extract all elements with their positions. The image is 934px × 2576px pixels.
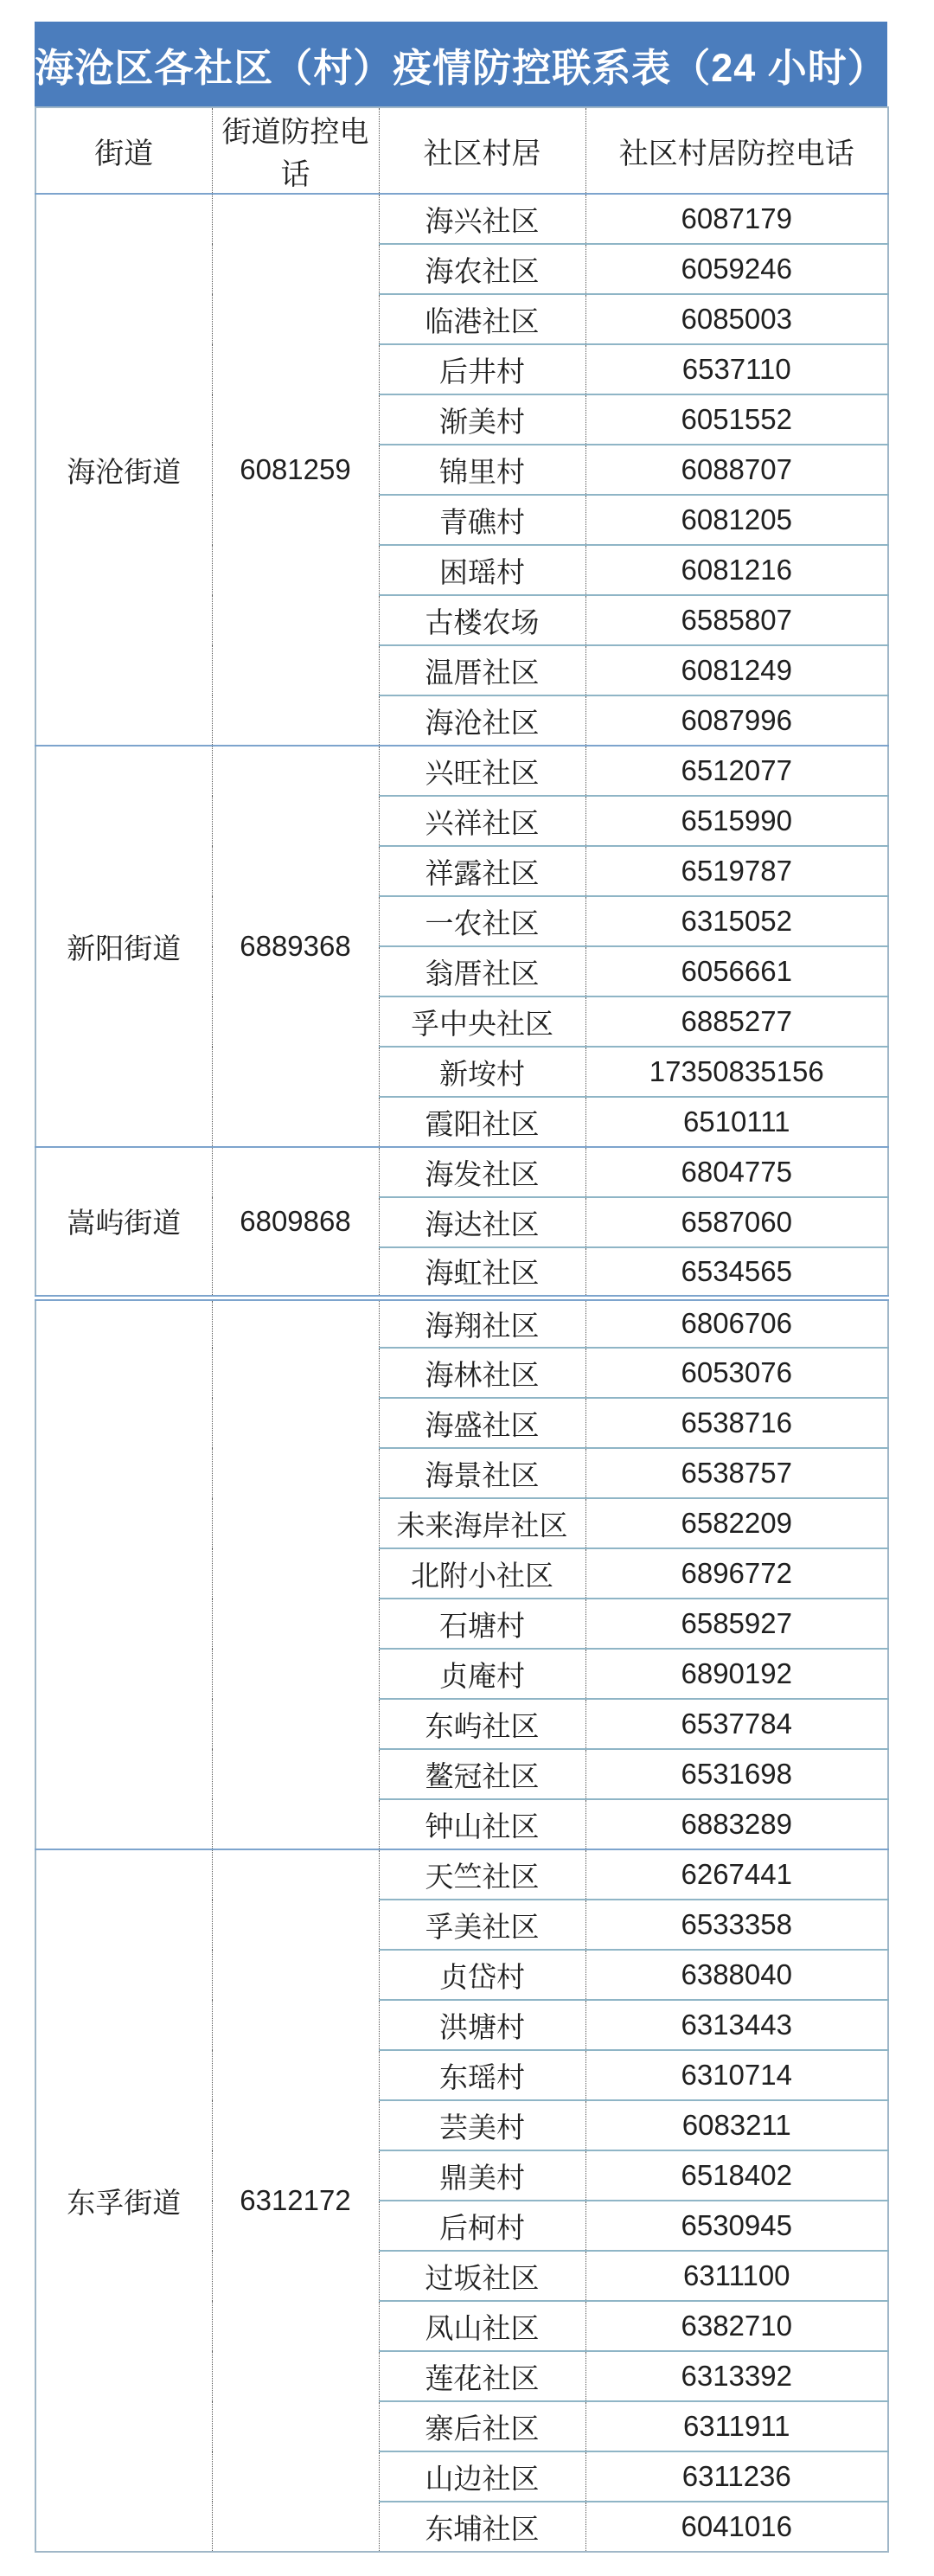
street-cell: 东孚街道	[35, 1849, 212, 2552]
community-phone-cell: 6896772	[585, 1548, 888, 1599]
community-cell: 寨后社区	[379, 2401, 585, 2451]
community-phone-cell: 6041016	[585, 2502, 888, 2552]
contact-sheet: 海沧区各社区（村）疫情防控联系表（24 小时） 街道 街道防控电话 社区村居 社…	[35, 22, 887, 2553]
community-cell: 海农社区	[379, 244, 585, 294]
community-phone-cell: 6088707	[585, 445, 888, 495]
community-phone-cell: 6806706	[585, 1298, 888, 1348]
street-cell: 海沧街道	[35, 194, 212, 746]
community-cell: 翁厝社区	[379, 946, 585, 996]
page-title: 海沧区各社区（村）疫情防控联系表（24 小时）	[35, 22, 887, 106]
community-phone-cell: 6515990	[585, 796, 888, 846]
community-cell: 古楼农场	[379, 595, 585, 645]
table-body: 海沧街道6081259海兴社区6087179海农社区6059246临港社区608…	[35, 194, 888, 2552]
header-row: 街道 街道防控电话 社区村居 社区村居防控电话	[35, 107, 888, 194]
community-phone-cell: 6537784	[585, 1699, 888, 1749]
community-cell: 石塘村	[379, 1599, 585, 1649]
community-phone-cell: 6538716	[585, 1398, 888, 1448]
community-cell: 兴旺社区	[379, 746, 585, 796]
header-community-phone: 社区村居防控电话	[585, 107, 888, 194]
community-phone-cell: 6885277	[585, 996, 888, 1047]
community-cell: 贞岱村	[379, 1950, 585, 2000]
table-row: 嵩屿街道6809868海发社区6804775	[35, 1147, 888, 1197]
community-cell: 海兴社区	[379, 194, 585, 244]
community-cell: 一农社区	[379, 896, 585, 946]
community-phone-cell: 6310714	[585, 2050, 888, 2100]
community-cell: 山边社区	[379, 2451, 585, 2502]
community-phone-cell: 6530945	[585, 2201, 888, 2251]
community-cell: 海景社区	[379, 1448, 585, 1498]
community-phone-cell: 6585927	[585, 1599, 888, 1649]
page: { "title": "海沧区各社区（村）疫情防控联系表（24 小时）", "c…	[0, 0, 934, 2576]
community-cell: 东瑶村	[379, 2050, 585, 2100]
community-cell: 海达社区	[379, 1197, 585, 1247]
community-phone-cell: 6081205	[585, 495, 888, 545]
table-row: 海翔社区6806706	[35, 1298, 888, 1348]
community-phone-cell: 6510111	[585, 1097, 888, 1147]
community-cell: 海翔社区	[379, 1298, 585, 1348]
community-phone-cell: 6883289	[585, 1799, 888, 1849]
community-phone-cell: 6512077	[585, 746, 888, 796]
street-phone-cell	[212, 1298, 379, 1849]
community-cell: 鳌冠社区	[379, 1749, 585, 1799]
community-cell: 东埔社区	[379, 2502, 585, 2552]
community-cell: 锦里村	[379, 445, 585, 495]
community-cell: 海盛社区	[379, 1398, 585, 1448]
community-cell: 孚美社区	[379, 1900, 585, 1950]
community-phone-cell: 6081216	[585, 545, 888, 595]
community-cell: 海虹社区	[379, 1247, 585, 1298]
header-street-phone: 街道防控电话	[212, 107, 379, 194]
community-cell: 温厝社区	[379, 645, 585, 695]
community-phone-cell: 6518402	[585, 2150, 888, 2201]
community-cell: 钟山社区	[379, 1799, 585, 1849]
community-phone-cell: 6519787	[585, 846, 888, 896]
community-cell: 海沧社区	[379, 695, 585, 746]
community-phone-cell: 6053076	[585, 1348, 888, 1398]
community-phone-cell: 6059246	[585, 244, 888, 294]
community-phone-cell: 6534565	[585, 1247, 888, 1298]
community-cell: 后井村	[379, 344, 585, 394]
community-cell: 孚中央社区	[379, 996, 585, 1047]
community-phone-cell: 6083211	[585, 2100, 888, 2150]
community-cell: 鼎美村	[379, 2150, 585, 2201]
table-row: 东孚街道6312172天竺社区6267441	[35, 1849, 888, 1900]
community-cell: 海发社区	[379, 1147, 585, 1197]
community-phone-cell: 6538757	[585, 1448, 888, 1498]
street-cell	[35, 1298, 212, 1849]
street-phone-cell: 6312172	[212, 1849, 379, 2552]
community-phone-cell: 6313443	[585, 2000, 888, 2050]
contact-table: 街道 街道防控电话 社区村居 社区村居防控电话 海沧街道6081259海兴社区6…	[35, 106, 889, 2553]
community-phone-cell: 6537110	[585, 344, 888, 394]
community-cell: 临港社区	[379, 294, 585, 344]
community-phone-cell: 6313392	[585, 2351, 888, 2401]
community-cell: 霞阳社区	[379, 1097, 585, 1147]
community-cell: 莲花社区	[379, 2351, 585, 2401]
header-community: 社区村居	[379, 107, 585, 194]
community-cell: 渐美村	[379, 394, 585, 445]
community-cell: 洪塘村	[379, 2000, 585, 2050]
community-cell: 青礁村	[379, 495, 585, 545]
community-phone-cell: 6585807	[585, 595, 888, 645]
community-phone-cell: 6267441	[585, 1849, 888, 1900]
street-cell: 嵩屿街道	[35, 1147, 212, 1298]
header-street: 街道	[35, 107, 212, 194]
community-cell: 天竺社区	[379, 1849, 585, 1900]
community-phone-cell: 6388040	[585, 1950, 888, 2000]
community-phone-cell: 6056661	[585, 946, 888, 996]
community-phone-cell: 6804775	[585, 1147, 888, 1197]
community-phone-cell: 6311100	[585, 2251, 888, 2301]
community-phone-cell: 6087996	[585, 695, 888, 746]
community-phone-cell: 6531698	[585, 1749, 888, 1799]
community-phone-cell: 6315052	[585, 896, 888, 946]
community-phone-cell: 6051552	[585, 394, 888, 445]
community-cell: 未来海岸社区	[379, 1498, 585, 1548]
table-row: 海沧街道6081259海兴社区6087179	[35, 194, 888, 244]
community-phone-cell: 6533358	[585, 1900, 888, 1950]
community-phone-cell: 6311911	[585, 2401, 888, 2451]
street-phone-cell: 6809868	[212, 1147, 379, 1298]
community-cell: 祥露社区	[379, 846, 585, 896]
street-phone-cell: 6081259	[212, 194, 379, 746]
community-cell: 东屿社区	[379, 1699, 585, 1749]
street-cell: 新阳街道	[35, 746, 212, 1147]
community-phone-cell: 6085003	[585, 294, 888, 344]
community-cell: 芸美村	[379, 2100, 585, 2150]
community-cell: 贞庵村	[379, 1649, 585, 1699]
community-cell: 过坂社区	[379, 2251, 585, 2301]
community-cell: 北附小社区	[379, 1548, 585, 1599]
community-cell: 海林社区	[379, 1348, 585, 1398]
community-phone-cell: 6081249	[585, 645, 888, 695]
table-header: 街道 街道防控电话 社区村居 社区村居防控电话	[35, 107, 888, 194]
table-row: 新阳街道6889368兴旺社区6512077	[35, 746, 888, 796]
community-cell: 兴祥社区	[379, 796, 585, 846]
community-cell: 后柯村	[379, 2201, 585, 2251]
community-phone-cell: 6890192	[585, 1649, 888, 1699]
community-phone-cell: 6582209	[585, 1498, 888, 1548]
community-phone-cell: 17350835156	[585, 1047, 888, 1097]
community-phone-cell: 6587060	[585, 1197, 888, 1247]
community-cell: 凤山社区	[379, 2301, 585, 2351]
community-phone-cell: 6087179	[585, 194, 888, 244]
community-phone-cell: 6382710	[585, 2301, 888, 2351]
community-phone-cell: 6311236	[585, 2451, 888, 2502]
community-cell: 新垵村	[379, 1047, 585, 1097]
community-cell: 困瑶村	[379, 545, 585, 595]
street-phone-cell: 6889368	[212, 746, 379, 1147]
